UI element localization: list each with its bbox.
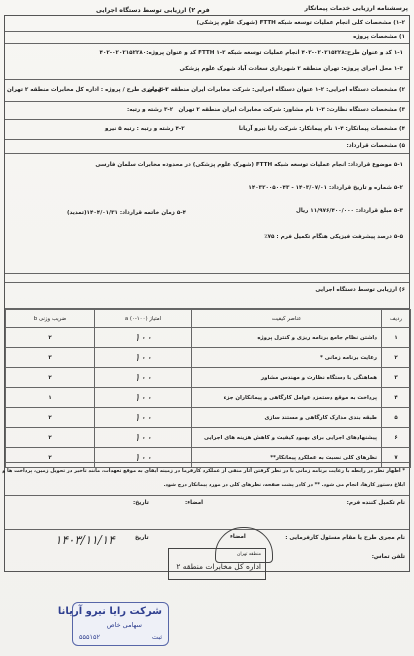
org-stamp: منطقه تهران اداره کل مخابرات منطقه ۲: [168, 548, 266, 580]
executive-row: ۲) مشخصات دستگاه اجرایی: ۲-۱ عنوان دستگا…: [5, 80, 409, 102]
filler-date-label: تاریخ:: [133, 500, 149, 506]
evaluation-table: ردیف عناصر کیفیت امتیاز a (۰-۱۰۰) ضریب و…: [5, 309, 411, 468]
section-general: ۱-۲) مشخصات کلی انجام عملیات توسعه شبکه …: [5, 16, 409, 32]
row-weight: ۱: [6, 388, 95, 408]
row-score[interactable]: ۱۰۰: [95, 428, 192, 448]
contractor-title: ۴) مشخصات پیمانکار: ۴-۱ نام پیمانکار: شر…: [239, 126, 405, 132]
table-row: ۳ هماهنگی با دستگاه نظارت و مهندس مشاور …: [6, 368, 411, 388]
row-index: ۲: [382, 348, 411, 368]
project-code-row: ۱-۱ کد و عنوان طرح:۰۲۰۲۱۵۲۲۸-۴۰۲ انجام ع…: [5, 44, 409, 60]
filler-label: نام تکمیل کننده فرم:: [347, 500, 405, 506]
contractor-row: ۴) مشخصات پیمانکار: ۴-۱ نام پیمانکار: شر…: [5, 120, 409, 140]
project-location: ۱-۳ محل اجرای پروژه: تهران منطقه ۲ شهردا…: [180, 66, 403, 72]
row-item: طبقه بندی مدارک کارگاهی و مستند سازی: [192, 408, 382, 428]
row-score[interactable]: ۱۰۰: [95, 348, 192, 368]
supervision-row: ۳) مشخصات دستگاه نظارت: ۳-۱ نام مشاور: ش…: [5, 102, 409, 120]
org-stamp-name: اداره کل مخابرات منطقه ۲: [176, 562, 261, 571]
col-index: ردیف: [382, 310, 411, 328]
contract-subject: ۵-۱ موضوع قرارداد: انجام عملیات توسعه شب…: [95, 162, 403, 168]
form-frame: ۱-۲) مشخصات کلی انجام عملیات توسعه شبکه …: [4, 15, 410, 572]
contract-number-date: ۵-۲ شماره و تاریخ قرارداد: ۱۴۰۳/۰۷/۰۱ - …: [248, 185, 403, 191]
contract-progress: ۵-۵ درصد پیشرفت فیزیکی هنگام تکمیل فرم :…: [264, 234, 403, 240]
org-stamp-region: منطقه تهران: [237, 552, 261, 557]
row-weight: ۳: [6, 348, 95, 368]
table-row: ۲ رعایت برنامه زمانی * ۱۰۰ ۳: [6, 348, 411, 368]
executive-executor: ۲-۲ مجری طرح / پروژه : اداره کل مخابرات …: [7, 87, 169, 93]
supervision-grade: ۳-۲ رشته و رتبه:: [127, 107, 173, 113]
row-score[interactable]: ۱۰۰: [95, 328, 192, 348]
contract-heading: ۵) مشخصات قرارداد:: [347, 143, 405, 149]
note-2: ابلاغ دستور کارها، انجام می شود. ** در ک…: [163, 482, 405, 488]
row-index: ۶: [382, 428, 411, 448]
row-item: هماهنگی با دستگاه نظارت و مهندس مشاور: [192, 368, 382, 388]
row-item: پرداخت به موقع دستمزد عوامل کارگاهی و پی…: [192, 388, 382, 408]
executor-date-value: ۱۴۰۳/۱۱/۱۴: [55, 533, 115, 547]
form-title: پرسشنامه ارزیابی خدمات پیمانکار: [305, 5, 408, 12]
company-stamp-type: سهامی خاص: [107, 621, 142, 629]
contract-amount: ۵-۳ مبلغ قرارداد: ۱۱/۹۷۶/۴۰۰/۰۰۰ ریال: [296, 208, 403, 214]
project-heading-row: ۱) مشخصات پروژه: [5, 32, 409, 44]
project-code-title: ۱-۱ کد و عنوان طرح:۰۲۰۲۱۵۲۲۸-۴۰۲ انجام ع…: [100, 50, 403, 56]
project-heading: ۱) مشخصات پروژه: [353, 34, 405, 40]
evaluation-form-page: پرسشنامه ارزیابی خدمات پیمانکار فرم ۲) ا…: [0, 0, 414, 656]
row-item: داشتن نظام جامع برنامه ریزی و کنترل پروژ…: [192, 328, 382, 348]
row-score[interactable]: ۱۰۰: [95, 368, 192, 388]
col-weight: ضریب وزنی b: [6, 310, 95, 328]
note-1: * اظهار نظر در رابطه با رعایت برنامه زما…: [2, 468, 405, 474]
company-stamp-reg-number: ۵۵۵۱۵۲: [79, 633, 100, 641]
evaluation-heading: ۶) ارزیابی توسط دستگاه اجرایی: [315, 287, 405, 293]
form-label: فرم ۲) ارزیابی توسط دستگاه اجرایی: [96, 7, 210, 14]
row-index: ۵: [382, 408, 411, 428]
filler-row: نام تکمیل کننده فرم: امضاء: تاریخ:: [5, 496, 409, 530]
table-row: ۴ پرداخت به موقع دستمزد عوامل کارگاهی و …: [6, 388, 411, 408]
row-index: ۳: [382, 368, 411, 388]
contractor-grade: ۴-۲ رشته و رتبه : رتبه ۵ نیرو: [105, 126, 185, 132]
contract-heading-row: ۵) مشخصات قرارداد:: [5, 140, 409, 154]
row-item: پیشنهادهای اجرایی برای بهبود کیفیت و کاه…: [192, 428, 382, 448]
filler-signature-label: امضاء:: [185, 500, 203, 506]
company-stamp-name: شرکت رایا نیرو آریانا: [58, 606, 162, 617]
supervision-title: ۳) مشخصات دستگاه نظارت: ۳-۱ نام مشاور: ش…: [178, 107, 405, 113]
row-index: ۴: [382, 388, 411, 408]
table-row: ۵ طبقه بندی مدارک کارگاهی و مستند سازی ۱…: [6, 408, 411, 428]
executor-label: نام مجری طرح یا مقام مسئول کارفرمایی :: [285, 535, 405, 541]
executor-date-label: تاریخ: [135, 535, 149, 541]
table-row: ۶ پیشنهادهای اجرایی برای بهبود کیفیت و ک…: [6, 428, 411, 448]
company-stamp-reg-label: ثبت: [152, 633, 162, 641]
contract-end-date: ۵-۴ زمان خاتمه قرارداد: ۱۴۰۴/۰۱/۳۱(تمدید…: [67, 210, 186, 216]
section-general-title: ۱-۲) مشخصات کلی انجام عملیات توسعه شبکه …: [197, 20, 406, 26]
phone-label: تلفن تماس:: [372, 554, 405, 560]
row-index: ۱: [382, 328, 411, 348]
col-score: امتیاز a (۰-۱۰۰): [95, 310, 192, 328]
row-weight: ۲: [6, 408, 95, 428]
project-location-row: ۱-۳ محل اجرای پروژه: تهران منطقه ۲ شهردا…: [5, 60, 409, 80]
evaluation-heading-row: ۶) ارزیابی توسط دستگاه اجرایی: [5, 282, 409, 309]
executive-title: ۲) مشخصات دستگاه اجرایی: ۲-۱ عنوان دستگا…: [147, 87, 405, 93]
notes-row: * اظهار نظر در رابطه با رعایت برنامه زما…: [5, 462, 409, 496]
company-stamp: شرکت رایا نیرو آریانا سهامی خاص ثبت ۵۵۵۱…: [72, 602, 169, 646]
row-weight: ۲: [6, 428, 95, 448]
row-weight: ۲: [6, 368, 95, 388]
contract-details: ۵-۱ موضوع قرارداد: انجام عملیات توسعه شب…: [5, 154, 409, 274]
row-score[interactable]: ۱۰۰: [95, 388, 192, 408]
row-item: رعایت برنامه زمانی *: [192, 348, 382, 368]
row-weight: ۲: [6, 328, 95, 348]
row-score[interactable]: ۱۰۰: [95, 408, 192, 428]
table-row: ۱ داشتن نظام جامع برنامه ریزی و کنترل پر…: [6, 328, 411, 348]
col-quality-item: عناصر کیفیت: [192, 310, 382, 328]
table-header-row: ردیف عناصر کیفیت امتیاز a (۰-۱۰۰) ضریب و…: [6, 310, 411, 328]
